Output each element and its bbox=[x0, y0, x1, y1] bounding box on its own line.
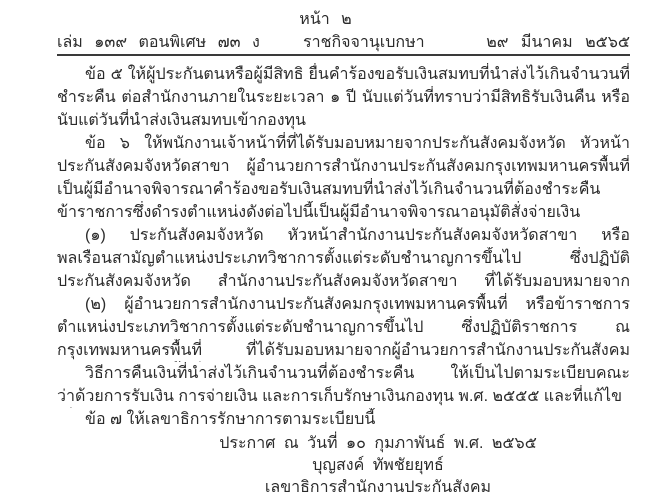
signature-signer-title: เลขาธิการสำนักงานประกันสังคม bbox=[219, 477, 537, 498]
document-line: ตำแหน่งประเภทวิชาการตั้งแต่ระดับชำนาญการ… bbox=[57, 316, 630, 339]
signature-announce-line: ประกาศ ณ วันที่ ๑๐ กุมภาพันธ์ พ.ศ. ๒๕๖๕ bbox=[219, 433, 537, 455]
signature-block: ประกาศ ณ วันที่ ๑๐ กุมภาพันธ์ พ.ศ. ๒๕๖๕ … bbox=[219, 433, 537, 498]
header-date: ๒๙ มีนาคม ๒๕๖๕ bbox=[486, 30, 630, 55]
document-line: พลเรือนสามัญตำแหน่งประเภทวิชาการตั้งแต่ร… bbox=[57, 247, 630, 270]
document-line: ข้อ ๖ ให้พนักงานเจ้าหน้าที่ที่ได้รับมอบห… bbox=[57, 132, 630, 155]
document-line: นับแต่วันที่นำส่งเงินสมทบเข้ากองทุน bbox=[57, 109, 630, 132]
gazette-page: หน้า ๒ เล่ม ๑๓๙ ตอนพิเศษ ๗๓ ง ราชกิจจานุ… bbox=[0, 0, 651, 498]
header-volume-info: เล่ม ๑๓๙ ตอนพิเศษ ๗๓ ง bbox=[57, 30, 260, 55]
document-line: ข้าราชการซึ่งดำรงตำแหน่งดังต่อไปนี้เป็นผ… bbox=[57, 201, 630, 224]
document-line: ชำระคืน ต่อสำนักงานภายในระยะเวลา ๑ ปี นั… bbox=[57, 86, 630, 109]
document-line: วิธีการคืนเงินที่นำส่งไว้เกินจำนวนที่ต้อ… bbox=[57, 362, 630, 385]
document-line: ข้อ ๗ ให้เลขาธิการรักษาการตามระเบียบนี้ bbox=[57, 408, 630, 431]
document-line: กรุงเทพมหานครพื้นที่ ที่ได้รับมอบหมายจาก… bbox=[57, 339, 630, 362]
document-line: ข้อ ๕ ให้ผู้ประกันตนหรือผู้มีสิทธิ ยื่นค… bbox=[57, 63, 630, 86]
document-line: (๑) ประกันสังคมจังหวัด หัวหน้าสำนักงานปร… bbox=[57, 224, 630, 247]
document-line: เป็นผู้มีอำนาจพิจารณาคำร้องขอรับเงินสมทบ… bbox=[57, 178, 630, 201]
header-page-number: หน้า ๒ bbox=[0, 7, 651, 32]
document-line: ประกันสังคมจังหวัด สำนักงานประกันสังคมจั… bbox=[57, 270, 630, 293]
signature-signer-name: บุญสงค์ ทัพชัยยุทธ์ bbox=[219, 455, 537, 477]
document-line: (๒) ผู้อำนวยการสำนักงานประกันสังคมกรุงเท… bbox=[57, 293, 630, 316]
document-body: ข้อ ๕ ให้ผู้ประกันตนหรือผู้มีสิทธิ ยื่นค… bbox=[57, 63, 630, 431]
header-gazette-title: ราชกิจจานุเบกษา bbox=[303, 30, 425, 55]
document-line: ประกันสังคมจังหวัดสาขา ผู้อำนวยการสำนักง… bbox=[57, 155, 630, 178]
header-divider-rule bbox=[57, 54, 630, 56]
document-line: ว่าด้วยการรับเงิน การจ่ายเงิน และการเก็บ… bbox=[57, 385, 630, 408]
